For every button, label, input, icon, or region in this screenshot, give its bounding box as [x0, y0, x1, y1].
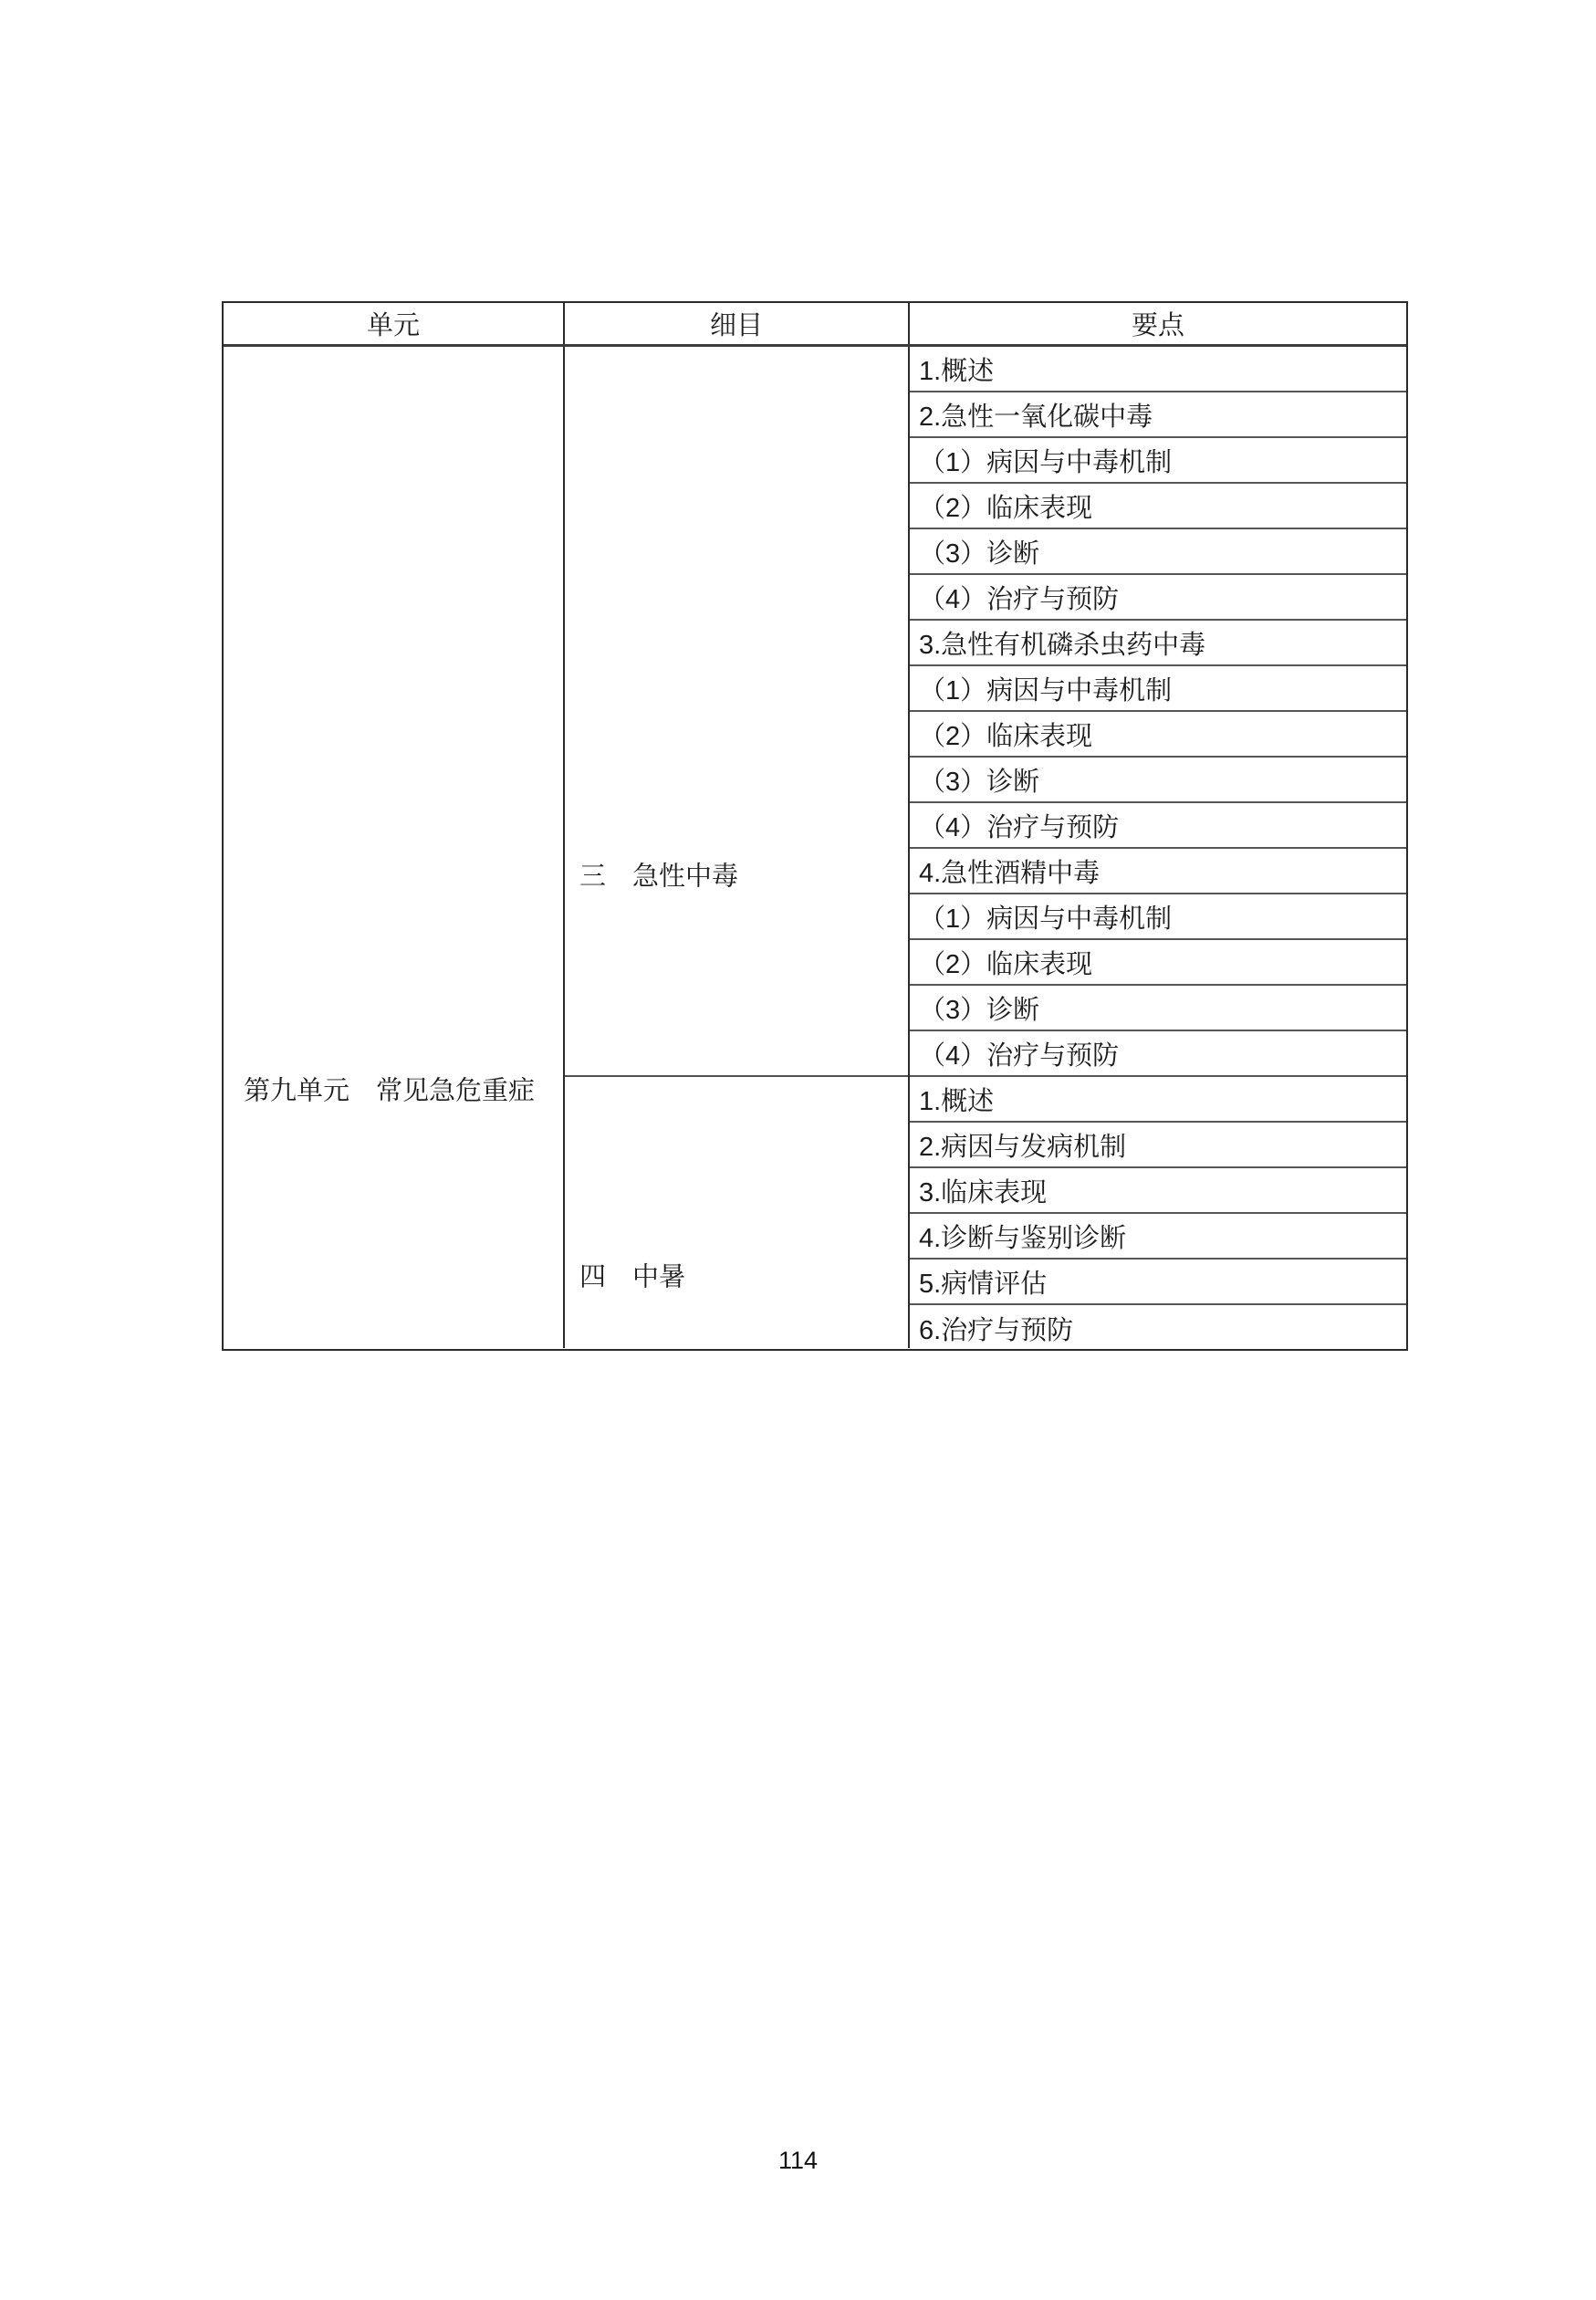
point-row: （2）临床表现 [910, 484, 1406, 529]
item-column: 三 急性中毒 四 中暑 [565, 347, 910, 1348]
column-header-unit: 单元 [224, 303, 565, 344]
point-row: （3）诊断 [910, 758, 1406, 803]
syllabus-table: 单元 细目 要点 第九单元 常见急危重症 三 急性中毒 四 中暑 1.概述2.急… [222, 301, 1408, 1351]
item-label: 四 中暑 [579, 1257, 685, 1294]
point-row: （4）治疗与预防 [910, 1031, 1406, 1077]
point-row: （1）病因与中毒机制 [910, 894, 1406, 940]
point-row: 3.临床表现 [910, 1168, 1406, 1214]
table-body: 第九单元 常见急危重症 三 急性中毒 四 中暑 1.概述2.急性一氧化碳中毒（1… [224, 347, 1406, 1348]
point-row: （4）治疗与预防 [910, 575, 1406, 621]
points-column: 1.概述2.急性一氧化碳中毒（1）病因与中毒机制（2）临床表现（3）诊断（4）治… [910, 347, 1406, 1348]
unit-column-cell: 第九单元 常见急危重症 [224, 347, 565, 1348]
item-label: 三 急性中毒 [579, 856, 738, 894]
point-row: 2.急性一氧化碳中毒 [910, 392, 1406, 438]
document-page: 单元 细目 要点 第九单元 常见急危重症 三 急性中毒 四 中暑 1.概述2.急… [0, 0, 1596, 2300]
point-row: （1）病因与中毒机制 [910, 666, 1406, 712]
point-row: 4.诊断与鉴别诊断 [910, 1214, 1406, 1260]
item-cell-acute-poisoning: 三 急性中毒 [565, 347, 908, 1077]
unit-label: 第九单元 常见急危重症 [244, 1071, 535, 1108]
point-row: （2）临床表现 [910, 712, 1406, 758]
point-row: 1.概述 [910, 1077, 1406, 1123]
point-row: 2.病因与发病机制 [910, 1123, 1406, 1168]
point-row: 4.急性酒精中毒 [910, 849, 1406, 894]
point-row: （4）治疗与预防 [910, 803, 1406, 849]
item-cell-heatstroke: 四 中暑 [565, 1077, 908, 1351]
point-row: 3.急性有机磷杀虫药中毒 [910, 621, 1406, 666]
point-row: 6.治疗与预防 [910, 1305, 1406, 1351]
point-row: （3）诊断 [910, 529, 1406, 575]
point-row: （3）诊断 [910, 986, 1406, 1031]
point-row: 1.概述 [910, 347, 1406, 392]
page-number: 114 [0, 2147, 1596, 2175]
column-header-points: 要点 [910, 303, 1406, 344]
point-row: （2）临床表现 [910, 940, 1406, 986]
column-header-item: 细目 [565, 303, 910, 344]
point-row: 5.病情评估 [910, 1260, 1406, 1305]
table-header-row: 单元 细目 要点 [224, 303, 1406, 347]
point-row: （1）病因与中毒机制 [910, 438, 1406, 484]
